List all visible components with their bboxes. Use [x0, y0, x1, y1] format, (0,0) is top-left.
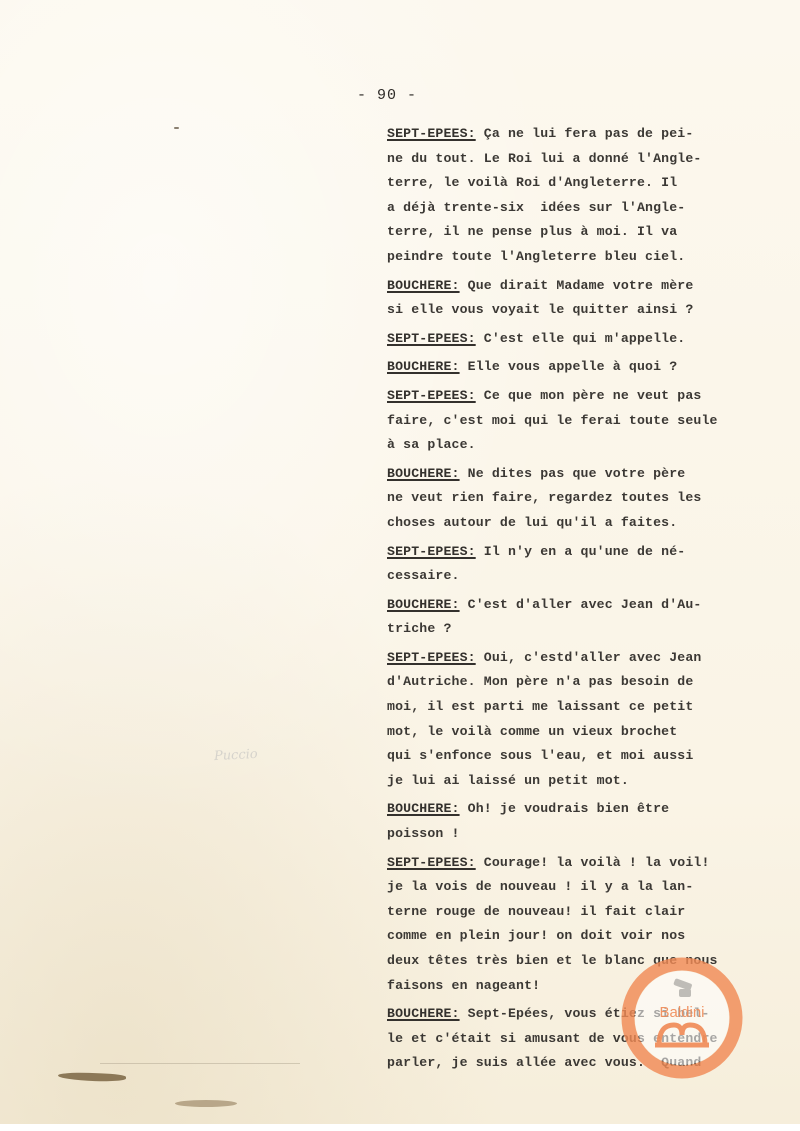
dialogue-line: SEPT-EPEES: Courage! la voilà ! la voil! [387, 851, 767, 876]
dialogue-line: SEPT-EPEES: Oui, c'estd'aller avec Jean [387, 646, 767, 671]
dialogue-paragraph: BOUCHERE: Que dirait Madame votre mèresi… [387, 274, 767, 323]
line-text: choses autour de lui qu'il a faites. [387, 515, 677, 530]
speaker-name: SEPT-EPEES: [387, 650, 476, 665]
dialogue-line: BOUCHERE: Que dirait Madame votre mère [387, 274, 767, 299]
stamp-label: Baldini [659, 1004, 704, 1021]
dialogue-line: BOUCHERE: C'est d'aller avec Jean d'Au- [387, 593, 767, 618]
dialogue-line: choses autour de lui qu'il a faites. [387, 511, 767, 536]
baldini-stamp-icon: Baldini [619, 955, 745, 1081]
line-text: ne du tout. Le Roi lui a donné l'Angle- [387, 151, 702, 166]
dialogue-line: SEPT-EPEES: C'est elle qui m'appelle. [387, 327, 767, 352]
speaker-name: BOUCHERE: [387, 278, 460, 293]
dialogue-line: comme en plein jour! on doit voir nos [387, 924, 767, 949]
dialogue-line: terre, le voilà Roi d'Angleterre. Il [387, 171, 767, 196]
dialogue-line: terre, il ne pense plus à moi. Il va [387, 220, 767, 245]
dialogue-paragraph: BOUCHERE: Oh! je voudrais bien êtrepoiss… [387, 797, 767, 846]
line-text: a déjà trente-six idées sur l'Angle- [387, 200, 685, 215]
line-text: Ne dites pas que votre père [460, 466, 686, 481]
page-number: - 90 - [357, 87, 417, 104]
line-text: Elle vous appelle à quoi ? [460, 359, 678, 374]
speaker-name: BOUCHERE: [387, 466, 460, 481]
line-text: peindre toute l'Angleterre bleu ciel. [387, 249, 685, 264]
speaker-name: BOUCHERE: [387, 359, 460, 374]
dialogue-paragraph: BOUCHERE: C'est d'aller avec Jean d'Au-t… [387, 593, 767, 642]
ink-speck [174, 127, 179, 129]
speaker-name: SEPT-EPEES: [387, 126, 476, 141]
dialogue-paragraph: SEPT-EPEES: Il n'y en a qu'une de né-ces… [387, 540, 767, 589]
dialogue-line: faire, c'est moi qui le ferai toute seul… [387, 409, 767, 434]
line-text: C'est d'aller avec Jean d'Au- [460, 597, 702, 612]
page-bottom-edge [0, 1124, 800, 1131]
dialogue-line: à sa place. [387, 433, 767, 458]
speaker-name: SEPT-EPEES: [387, 331, 476, 346]
dialogue-line: BOUCHERE: Oh! je voudrais bien être [387, 797, 767, 822]
line-text: terne rouge de nouveau! il fait clair [387, 904, 685, 919]
dialogue-line: je lui ai laissé un petit mot. [387, 769, 767, 794]
line-text: Il n'y en a qu'une de né- [476, 544, 686, 559]
line-text: moi, il est parti me laissant ce petit [387, 699, 693, 714]
dialogue-line: SEPT-EPEES: Ce que mon père ne veut pas [387, 384, 767, 409]
line-text: d'Autriche. Mon père n'a pas besoin de [387, 674, 693, 689]
paper-crease [100, 1063, 300, 1064]
line-text: Ce que mon père ne veut pas [476, 388, 702, 403]
dialogue-line: a déjà trente-six idées sur l'Angle- [387, 196, 767, 221]
dialogue-paragraph: BOUCHERE: Elle vous appelle à quoi ? [387, 355, 767, 380]
dialogue-line: cessaire. [387, 564, 767, 589]
speaker-name: SEPT-EPEES: [387, 855, 476, 870]
line-text: Courage! la voilà ! la voil! [476, 855, 710, 870]
line-text: triche ? [387, 621, 452, 636]
line-text: faire, c'est moi qui le ferai toute seul… [387, 413, 718, 428]
line-text: cessaire. [387, 568, 460, 583]
speaker-name: SEPT-EPEES: [387, 388, 476, 403]
line-text: comme en plein jour! on doit voir nos [387, 928, 685, 943]
line-text: C'est elle qui m'appelle. [476, 331, 686, 346]
dialogue-line: SEPT-EPEES: Ça ne lui fera pas de pei- [387, 122, 767, 147]
line-text: si elle vous voyait le quitter ainsi ? [387, 302, 693, 317]
dialogue-line: BOUCHERE: Elle vous appelle à quoi ? [387, 355, 767, 380]
dialogue-line: d'Autriche. Mon père n'a pas besoin de [387, 670, 767, 695]
line-text: terre, le voilà Roi d'Angleterre. Il [387, 175, 677, 190]
script-text: SEPT-EPEES: Ça ne lui fera pas de pei-ne… [387, 122, 767, 1080]
dialogue-line: SEPT-EPEES: Il n'y en a qu'une de né- [387, 540, 767, 565]
dialogue-paragraph: SEPT-EPEES: Ce que mon père ne veut pasf… [387, 384, 767, 458]
line-text: Que dirait Madame votre mère [460, 278, 694, 293]
dialogue-line: ne du tout. Le Roi lui a donné l'Angle- [387, 147, 767, 172]
dialogue-line: qui s'enfonce sous l'eau, et moi aussi [387, 744, 767, 769]
dialogue-line: peindre toute l'Angleterre bleu ciel. [387, 245, 767, 270]
dialogue-line: je la vois de nouveau ! il y a la lan- [387, 875, 767, 900]
line-text: à sa place. [387, 437, 476, 452]
line-text: qui s'enfonce sous l'eau, et moi aussi [387, 748, 693, 763]
dialogue-line: si elle vous voyait le quitter ainsi ? [387, 298, 767, 323]
dialogue-line: poisson ! [387, 822, 767, 847]
line-text: je la vois de nouveau ! il y a la lan- [387, 879, 693, 894]
dialogue-paragraph: BOUCHERE: Ne dites pas que votre pèrene … [387, 462, 767, 536]
dialogue-line: moi, il est parti me laissant ce petit [387, 695, 767, 720]
dialogue-line: ne veut rien faire, regardez toutes les [387, 486, 767, 511]
dialogue-line: BOUCHERE: Ne dites pas que votre père [387, 462, 767, 487]
dialogue-paragraph: SEPT-EPEES: C'est elle qui m'appelle. [387, 327, 767, 352]
dialogue-line: triche ? [387, 617, 767, 642]
speaker-name: BOUCHERE: [387, 597, 460, 612]
dialogue-paragraph: SEPT-EPEES: Oui, c'estd'aller avec Jeand… [387, 646, 767, 794]
dialogue-line: mot, le voilà comme un vieux brochet [387, 720, 767, 745]
line-text: mot, le voilà comme un vieux brochet [387, 724, 677, 739]
dialogue-paragraph: SEPT-EPEES: Ça ne lui fera pas de pei-ne… [387, 122, 767, 270]
ink-stain [175, 1100, 237, 1107]
speaker-name: SEPT-EPEES: [387, 544, 476, 559]
line-text: Oui, c'estd'aller avec Jean [476, 650, 702, 665]
line-text: poisson ! [387, 826, 460, 841]
line-text: Ça ne lui fera pas de pei- [476, 126, 694, 141]
line-text: ne veut rien faire, regardez toutes les [387, 490, 702, 505]
line-text: Oh! je voudrais bien être [460, 801, 670, 816]
dialogue-line: terne rouge de nouveau! il fait clair [387, 900, 767, 925]
margin-note: Puccio [214, 747, 258, 764]
speaker-name: BOUCHERE: [387, 1006, 460, 1021]
line-text: faisons en nageant! [387, 978, 540, 993]
line-text: je lui ai laissé un petit mot. [387, 773, 629, 788]
line-text: terre, il ne pense plus à moi. Il va [387, 224, 677, 239]
speaker-name: BOUCHERE: [387, 801, 460, 816]
